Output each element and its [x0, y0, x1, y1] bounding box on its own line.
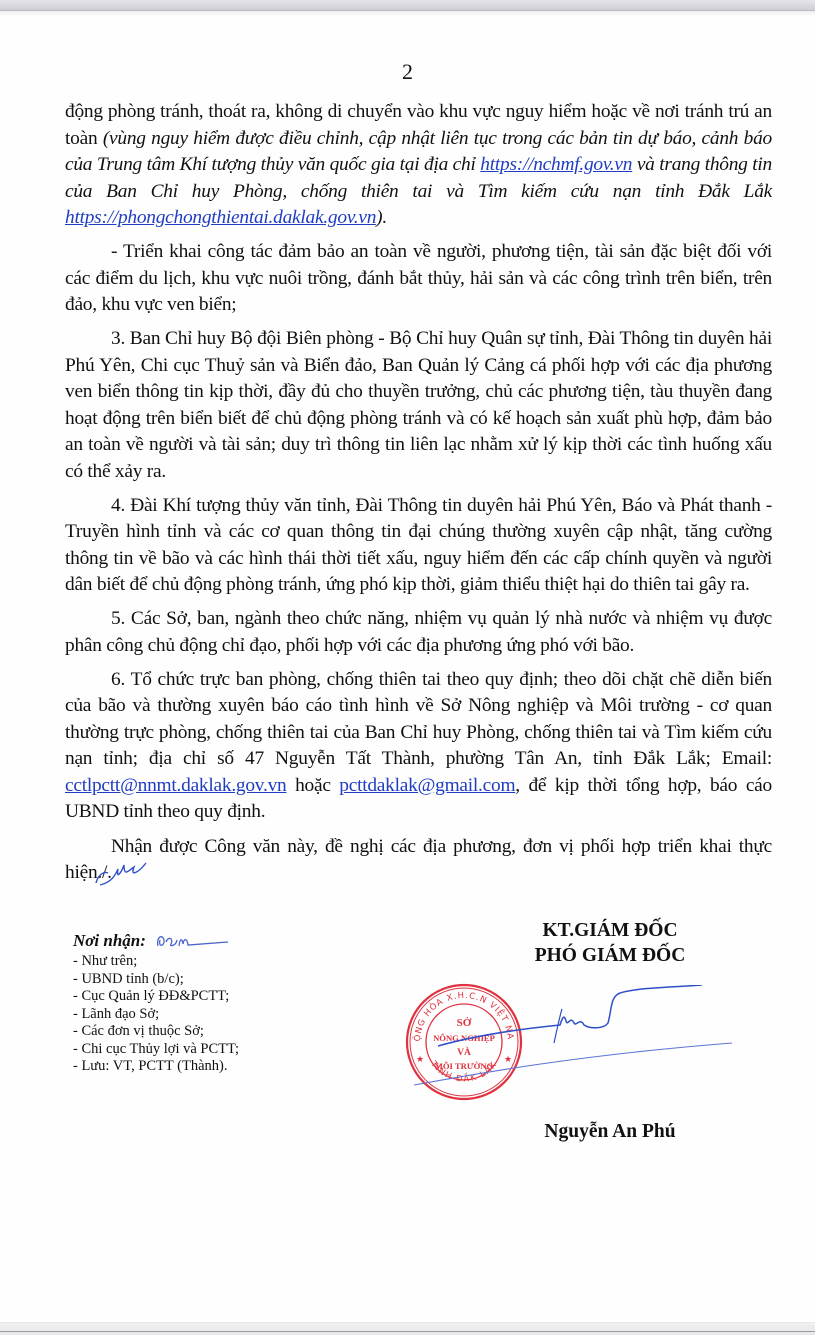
document-body: động phòng tránh, thoát ra, không di chu… [65, 99, 772, 894]
recipients-heading: Nơi nhận: [73, 929, 239, 953]
recipient-item: - Lưu: VT, PCTT (Thành). [73, 1058, 239, 1076]
page-number: 2 [0, 59, 815, 85]
text-run: 5. Các Sở, ban, ngành theo chức năng, nh… [65, 608, 772, 656]
signature [400, 985, 740, 1095]
hyperlink[interactable]: https://phongchongthientai.daklak.gov.vn [65, 207, 376, 228]
initials-signature [94, 861, 148, 887]
recipient-item: - Các đơn vị thuộc Sở; [73, 1023, 239, 1041]
paragraph: 4. Đài Khí tượng thủy văn tỉnh, Đài Thôn… [65, 493, 772, 599]
hyperlink[interactable]: cctlpctt@nnmt.daklak.gov.vn [65, 775, 286, 796]
text-run: ). [376, 207, 387, 228]
hyperlink[interactable]: https://nchmf.gov.vn [480, 154, 632, 175]
recipient-item: - Như trên; [73, 953, 239, 971]
paragraph: động phòng tránh, thoát ra, không di chu… [65, 99, 772, 232]
text-run: - Triển khai công tác đảm bảo an toàn về… [65, 241, 772, 315]
recipients-block: Nơi nhận: - Như trên;- UBND tỉnh (b/c);-… [73, 929, 239, 1076]
text-run: Nhận được Công văn này, đề nghị các địa … [65, 836, 772, 884]
signer-title-block: KT.GIÁM ĐỐC PHÓ GIÁM ĐỐC [480, 918, 740, 968]
paragraph: Nhận được Công văn này, đề nghị các địa … [65, 834, 772, 887]
text-run: hoặc [286, 775, 339, 796]
recipient-item: - Cục Quản lý ĐĐ&PCTT; [73, 988, 239, 1006]
hyperlink[interactable]: pcttdaklak@gmail.com [339, 775, 515, 796]
signer-name: Nguyễn An Phú [480, 1121, 740, 1143]
paragraph: - Triển khai công tác đảm bảo an toàn về… [65, 239, 772, 319]
viewer-bottom-bar [0, 1322, 815, 1335]
signer-line-2: PHÓ GIÁM ĐỐC [480, 943, 740, 968]
viewer-top-shadow [0, 11, 815, 16]
signer-line-1: KT.GIÁM ĐỐC [480, 918, 740, 943]
recipient-item: - Lãnh đạo Sở; [73, 1006, 239, 1024]
viewer-top-bar [0, 0, 815, 11]
recipient-item: - UBND tỉnh (b/c); [73, 971, 239, 989]
viewer-bottom-line [0, 1331, 815, 1332]
text-run: 4. Đài Khí tượng thủy văn tỉnh, Đài Thôn… [65, 495, 772, 596]
text-run: 3. Ban Chỉ huy Bộ đội Biên phòng - Bộ Ch… [65, 328, 772, 482]
recipient-item: - Chi cục Thủy lợi và PCTT; [73, 1041, 239, 1059]
paragraph: 3. Ban Chỉ huy Bộ đội Biên phòng - Bộ Ch… [65, 326, 772, 485]
recipients-list: - Như trên;- UBND tỉnh (b/c);- Cục Quản … [73, 953, 239, 1076]
text-run: 6. Tổ chức trực ban phòng, chống thiên t… [65, 669, 772, 770]
paragraph: 5. Các Sở, ban, ngành theo chức năng, nh… [65, 606, 772, 659]
paragraph: 6. Tổ chức trực ban phòng, chống thiên t… [65, 667, 772, 826]
